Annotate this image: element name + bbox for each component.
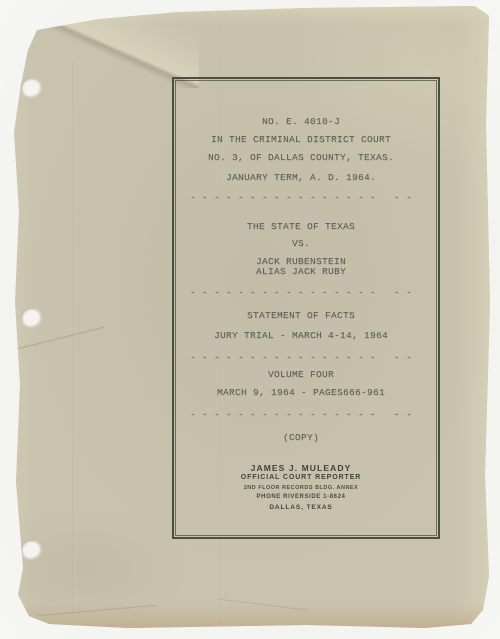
document-title: STATEMENT OF FACTS [157,310,445,321]
defendant-alias: ALIAS JACK RUBY [157,266,445,277]
dashed-separator: - - - - - - - - - - - - - - - - - - [157,287,445,298]
reporter-title: OFFICIAL COURT REPORTER [157,474,445,481]
volume-label: VOLUME FOUR [157,369,445,380]
reporter-name: JAMES J. MULEADY [157,463,445,473]
trial-dates: JURY TRIAL - MARCH 4-14, 1964 [157,330,445,341]
dashed-separator: - - - - - - - - - - - - - - - - - - [157,409,445,420]
reporter-city: DALLAS, TEXAS [157,504,445,511]
punch-hole [21,78,40,96]
dashed-separator: - - - - - - - - - - - - - - - - - - [157,352,445,363]
crease-line [11,327,104,351]
crease-line [37,605,157,616]
crease-line [73,59,75,621]
copy-stamp: (COPY) [157,432,445,443]
court-county: NO. 3, OF DALLAS COUNTY, TEXAS. [157,152,445,163]
case-number: NO. E. 4010-J [157,116,445,127]
crease-line [217,599,306,611]
court-name: IN THE CRIMINAL DISTRICT COURT [157,134,445,145]
punch-hole [21,308,40,326]
versus-label: VS. [157,238,445,249]
punch-hole [21,540,40,558]
document-page: NO. E. 4010-J IN THE CRIMINAL DISTRICT C… [7,4,491,631]
reporter-address: 2ND FLOOR RECORDS BLDG. ANNEX [157,485,445,491]
plaintiff-name: THE STATE OF TEXAS [157,221,445,232]
pages-range: MARCH 9, 1964 - PAGES666-961 [157,387,445,398]
dashed-separator: - - - - - - - - - - - - - - - - - - [157,192,445,203]
term-line: JANUARY TERM, A. D. 1964. [157,172,445,183]
reporter-phone: PHONE RIVERSIDE 1-8624 [157,494,445,500]
